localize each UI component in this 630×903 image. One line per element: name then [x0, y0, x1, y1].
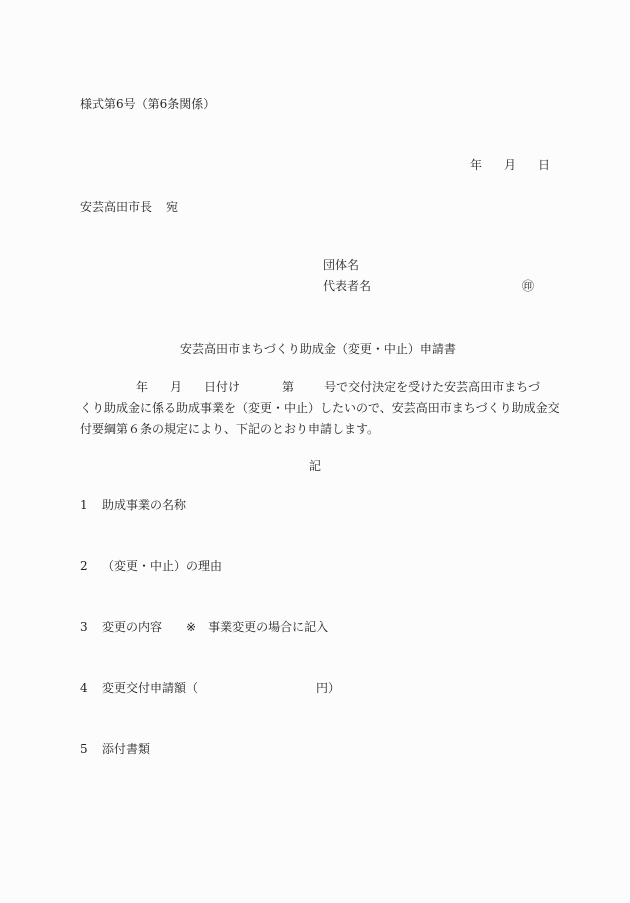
body-line-1: 年月日付け第号で交付決定を受けた安芸高田市まちづ: [80, 377, 554, 398]
item-3: 3変更の内容※事業変更の場合に記入: [80, 619, 328, 635]
body-month: 月: [170, 380, 182, 394]
body-day: 日付け: [204, 380, 240, 394]
body-line-2: くり助成金に係る助成事業を（変更・中止）したいので、安芸高田市まちづくり助成金交: [80, 398, 554, 419]
date-day-label: 日: [538, 157, 550, 173]
item-label: 添付書類: [102, 742, 150, 756]
item-label: 助成事業の名称: [102, 498, 186, 512]
date-year-label: 年: [470, 157, 482, 173]
item-number: 1: [80, 497, 102, 513]
document-title: 安芸高田市まちづくり助成金（変更・中止）申請書: [180, 341, 456, 357]
item-number: 2: [80, 558, 102, 574]
note-mark: ※: [186, 620, 196, 634]
item-number: 3: [80, 619, 102, 635]
body-dai: 第: [282, 380, 294, 394]
seal-mark: ㊞: [522, 278, 534, 294]
item-2: 2（変更・中止）の理由: [80, 558, 222, 574]
organization-label: 団体名: [323, 257, 359, 273]
addressee-name: 安芸高田市長: [80, 200, 152, 214]
addressee-honorific: 宛: [166, 200, 178, 214]
item-note: 事業変更の場合に記入: [208, 620, 328, 634]
item-1: 1助成事業の名称: [80, 497, 186, 513]
ki-heading: 記: [309, 458, 321, 474]
form-number: 様式第6号（第6条関係）: [80, 96, 215, 112]
body-paragraph: 年月日付け第号で交付決定を受けた安芸高田市まちづ くり助成金に係る助成事業を（変…: [80, 377, 554, 440]
date-month-label: 月: [504, 157, 516, 173]
item-suffix: 円）: [316, 681, 340, 695]
item-number: 4: [80, 680, 102, 696]
date-line: 年月日: [470, 157, 550, 173]
body-line-3: 付要綱第６条の規定により、下記のとおり申請します。: [80, 419, 554, 440]
item-5: 5添付書類: [80, 741, 150, 757]
body-line1-rest: 号で交付決定を受けた安芸高田市まちづ: [324, 380, 540, 394]
item-label: （変更・中止）の理由: [102, 559, 222, 573]
item-number: 5: [80, 741, 102, 757]
item-label: 変更の内容: [102, 620, 162, 634]
body-year: 年: [136, 380, 148, 394]
item-label: 変更交付申請額（: [102, 681, 198, 695]
representative-label: 代表者名: [323, 278, 371, 294]
addressee: 安芸高田市長宛: [80, 199, 178, 215]
item-4: 4変更交付申請額（円）: [80, 680, 340, 696]
